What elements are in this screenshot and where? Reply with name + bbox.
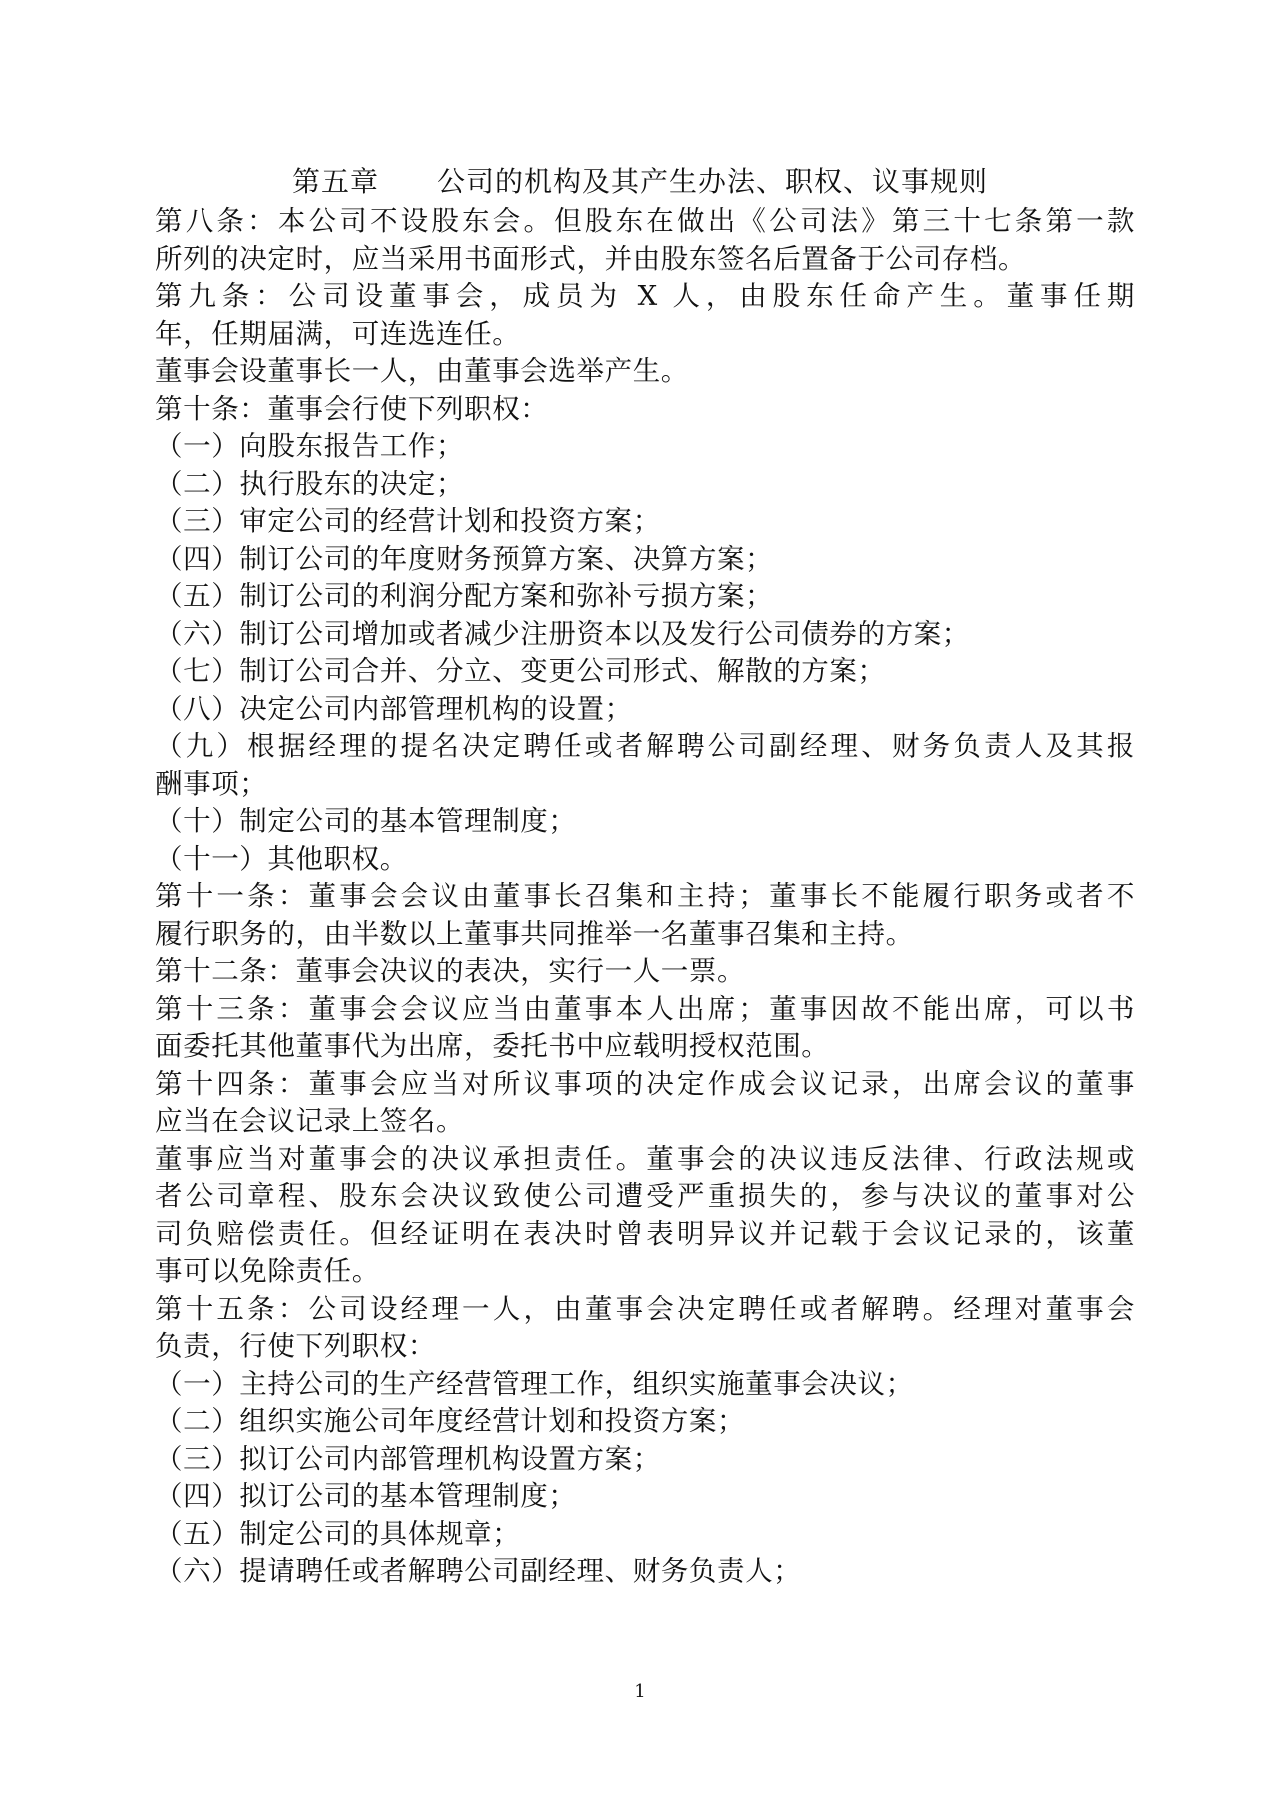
text-line: （九）根据经理的提名决定聘任或者解聘公司副经理、财务负责人及其报: [155, 728, 1135, 766]
document-body: 第八条：本公司不设股东会。但股东在做出《公司法》第三十七条第一款所列的决定时，应…: [155, 203, 1135, 1591]
text-line: 第十三条：董事会会议应当由董事本人出席；董事因故不能出席，可以书: [155, 991, 1135, 1029]
text-line: （四）拟订公司的基本管理制度；: [155, 1478, 1135, 1516]
text-line: 第十二条：董事会决议的表决，实行一人一票。: [155, 953, 1135, 991]
text-line: 负责，行使下列职权：: [155, 1328, 1135, 1366]
text-line: 面委托其他董事代为出席，委托书中应载明授权范围。: [155, 1028, 1135, 1066]
text-line: 履行职务的，由半数以上董事共同推举一名董事召集和主持。: [155, 916, 1135, 954]
text-line: （十一）其他职权。: [155, 841, 1135, 879]
text-line: 第十一条：董事会会议由董事长召集和主持；董事长不能履行职务或者不: [155, 878, 1135, 916]
text-line: 第十条：董事会行使下列职权：: [155, 391, 1135, 429]
text-line: 第九条：公司设董事会，成员为 X 人，由股东任命产生。董事任期: [155, 278, 1135, 316]
text-line: 司负赔偿责任。但经证明在表决时曾表明异议并记载于会议记录的，该董: [155, 1216, 1135, 1254]
text-line: 第十四条：董事会应当对所议事项的决定作成会议记录，出席会议的董事: [155, 1066, 1135, 1104]
chapter-title: 第五章 公司的机构及其产生办法、职权、议事规则: [0, 162, 1280, 202]
text-line: 董事应当对董事会的决议承担责任。董事会的决议违反法律、行政法规或: [155, 1141, 1135, 1179]
text-line: 应当在会议记录上签名。: [155, 1103, 1135, 1141]
text-line: （五）制订公司的利润分配方案和弥补亏损方案；: [155, 578, 1135, 616]
text-line: （五）制定公司的具体规章；: [155, 1516, 1135, 1554]
text-line: 第十五条：公司设经理一人，由董事会决定聘任或者解聘。经理对董事会: [155, 1291, 1135, 1329]
text-line: （三）拟订公司内部管理机构设置方案；: [155, 1441, 1135, 1479]
text-line: （八）决定公司内部管理机构的设置；: [155, 691, 1135, 729]
text-line: 年，任期届满，可连选连任。: [155, 316, 1135, 354]
text-line: 事可以免除责任。: [155, 1253, 1135, 1291]
text-line: （十）制定公司的基本管理制度；: [155, 803, 1135, 841]
text-line: （三）审定公司的经营计划和投资方案；: [155, 503, 1135, 541]
text-line: 所列的决定时，应当采用书面形式，并由股东签名后置备于公司存档。: [155, 241, 1135, 279]
page-number: 1: [0, 1680, 1280, 1704]
text-line: （六）制订公司增加或者减少注册资本以及发行公司债券的方案；: [155, 616, 1135, 654]
text-line: 酬事项；: [155, 766, 1135, 804]
text-line: （六）提请聘任或者解聘公司副经理、财务负责人；: [155, 1553, 1135, 1591]
document-page: 第五章 公司的机构及其产生办法、职权、议事规则 第八条：本公司不设股东会。但股东…: [0, 0, 1280, 1810]
text-line: （一）向股东报告工作；: [155, 428, 1135, 466]
text-line: （七）制订公司合并、分立、变更公司形式、解散的方案；: [155, 653, 1135, 691]
text-line: （二）执行股东的决定；: [155, 466, 1135, 504]
text-line: 第八条：本公司不设股东会。但股东在做出《公司法》第三十七条第一款: [155, 203, 1135, 241]
text-line: （一）主持公司的生产经营管理工作，组织实施董事会决议；: [155, 1366, 1135, 1404]
text-line: 董事会设董事长一人，由董事会选举产生。: [155, 353, 1135, 391]
text-line: 者公司章程、股东会决议致使公司遭受严重损失的，参与决议的董事对公: [155, 1178, 1135, 1216]
text-line: （四）制订公司的年度财务预算方案、决算方案；: [155, 541, 1135, 579]
text-line: （二）组织实施公司年度经营计划和投资方案；: [155, 1403, 1135, 1441]
